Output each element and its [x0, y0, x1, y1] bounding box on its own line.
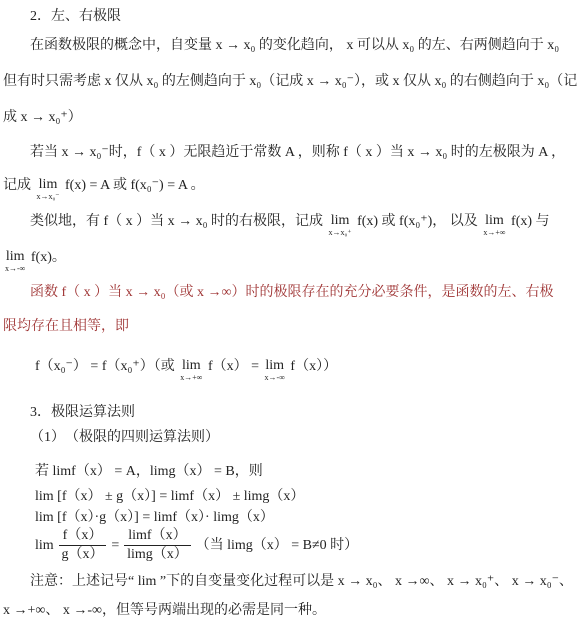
limit-notation: lim x→+∞	[483, 213, 505, 237]
para-3-line-1: 类似地，有 f（ x ）当 x → x₀ 时的右极限，记成 lim x→x₀⁺ …	[30, 213, 550, 237]
note-line-2: x →+∞、 x →-∞，但等号两端出现的必需是同一种。	[3, 602, 326, 620]
para-1-line-1: 在函数极限的概念中，自变量 x → x₀ 的变化趋向， x 可以从 x₀ 的左、…	[30, 37, 559, 55]
fraction-denominator: g（x）	[59, 546, 107, 563]
limit-notation: lim x→x₀⁻	[37, 177, 60, 201]
equivalence-formula: f（x₀⁻） = f（x₀⁺）（或 lim x→+∞ f（x） = lim x→…	[35, 358, 337, 382]
para-2-line-2: 记成 lim x→x₀⁻ f(x) = A 或 f(x₀⁻) = A 。	[3, 177, 205, 201]
math-run: f（x））	[290, 359, 337, 374]
lim-operator: lim	[180, 358, 202, 373]
lim-operator: lim	[35, 537, 54, 555]
text-run: 类似地，有 f（ x ）当 x → x₀ 时的右极限，记成	[30, 214, 323, 229]
limit-notation: lim x→-∞	[5, 249, 25, 273]
rule-product: lim [f（x）·g（x）] = limf（x）· limg（x）	[35, 509, 274, 527]
equals-sign: =	[111, 537, 119, 555]
fraction-numerator: f（x）	[59, 528, 107, 546]
lim-subscript: x→-∞	[265, 374, 285, 382]
section-2-heading: 2．左、右极限	[30, 8, 121, 26]
section-3-heading: 3．极限运算法则	[30, 404, 135, 422]
lim-subscript: x→+∞	[483, 229, 505, 237]
math-run: f(x) 与	[511, 214, 550, 229]
math-run: f(x)。	[31, 250, 66, 265]
limit-notation: lim x→x₀⁺	[329, 213, 352, 237]
para-1-line-2: 但有时只需考虑 x 仅从 x₀ 的左侧趋向于 x₀（记成 x → x₀⁻），或 …	[3, 73, 577, 91]
fraction: f（x） g（x）	[59, 528, 107, 563]
lim-operator: lim	[265, 358, 285, 373]
rules-intro: 若 limf（x） = A，limg（x） = B，则	[35, 463, 263, 481]
rule-sum: lim [f（x） ± g（x）] = limf（x） ± limg（x）	[35, 488, 304, 506]
lim-subscript: x→-∞	[5, 265, 25, 273]
highlight-line-1: 函数 f（ x ）当 x → x₀（或 x →∞）时的极限存在的充分必要条件，是…	[30, 284, 554, 302]
lim-operator: lim	[329, 213, 352, 228]
document-page: 2．左、右极限 在函数极限的概念中，自变量 x → x₀ 的变化趋向， x 可以…	[0, 0, 580, 627]
fraction-denominator: limg（x）	[124, 546, 190, 563]
lim-subscript: x→x₀⁺	[329, 229, 352, 237]
highlight-line-2: 限均存在且相等，即	[3, 318, 129, 336]
para-3-line-2: lim x→-∞ f(x)。	[3, 249, 66, 273]
lim-operator: lim	[37, 177, 60, 192]
condition-text: （当 limg（x） = B≠0 时）	[196, 537, 359, 555]
fraction-numerator: limf（x）	[124, 528, 190, 546]
lim-subscript: x→+∞	[180, 374, 202, 382]
para-1-line-3: 成 x → x₀⁺）	[3, 109, 82, 127]
para-2-line-1: 若当 x → x₀⁻时，f（ x ）无限趋近于常数 A ，则称 f（ x ）当 …	[30, 144, 565, 162]
math-run: f（x₀⁻） = f（x₀⁺）（或	[35, 359, 175, 374]
note-line-1: 注意：上述记号“ lim ”下的自变量变化过程可以是 x → x₀、 x →∞、…	[30, 573, 573, 591]
lim-operator: lim	[5, 249, 25, 264]
fraction: limf（x） limg（x）	[124, 528, 190, 563]
math-run: f(x) = A 或 f(x₀⁻) = A 。	[65, 178, 205, 193]
lim-operator: lim	[483, 213, 505, 228]
rule-quotient: lim f（x） g（x） = limf（x） limg（x） （当 limg（…	[35, 528, 358, 563]
math-run: f（x） =	[208, 359, 259, 374]
limit-notation: lim x→-∞	[265, 358, 285, 382]
math-run: f(x) 或 f(x₀⁺)， 以及	[357, 214, 478, 229]
section-3-subheading: （1） （极限的四则运算法则）	[30, 429, 219, 447]
limit-notation: lim x→+∞	[180, 358, 202, 382]
lim-subscript: x→x₀⁻	[37, 193, 60, 201]
text-run: 记成	[3, 178, 31, 193]
